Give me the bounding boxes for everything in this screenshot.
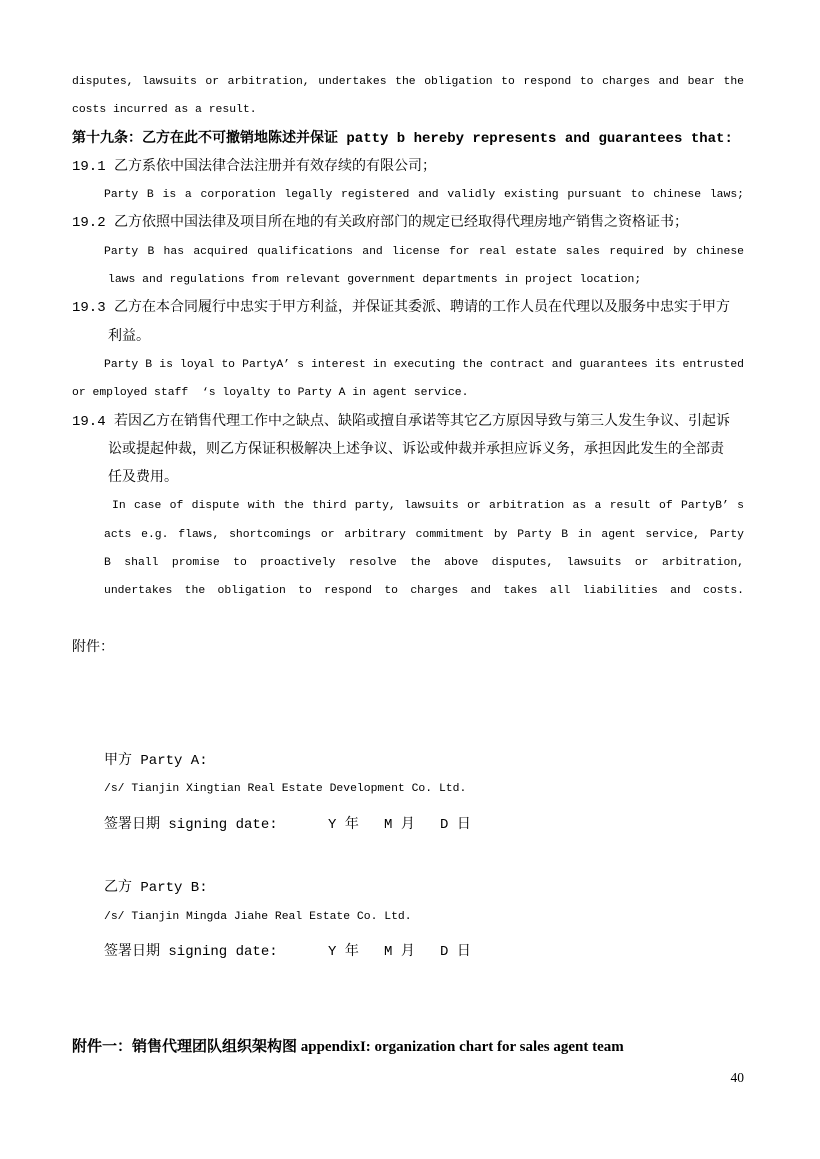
text-line <box>72 719 744 747</box>
text-line <box>72 691 744 719</box>
text-line: 19.3 乙方在本合同履行中忠实于甲方利益，并保证其委派、聘请的工作人员在代理以… <box>72 294 744 322</box>
text-line: 19.4 若因乙方在销售代理工作中之缺点、缺陷或擅自承诺等其它乙方原因导致与第三… <box>72 408 744 436</box>
text-line: costs incurred as a result. <box>72 96 744 124</box>
text-line: 甲方 Party A: <box>72 747 744 775</box>
text-line: 19.1 乙方系依中国法律合法注册并有效存续的有限公司； <box>72 153 744 181</box>
text-line: /s/ Tianjin Xingtian Real Estate Develop… <box>72 775 744 803</box>
text-line: 签署日期 signing date: Y 年 M 月 D 日 <box>72 938 744 966</box>
text-line: 附件： <box>72 634 744 662</box>
text-line: Party B has acquired qualifications and … <box>72 238 744 266</box>
text-line: disputes, lawsuits or arbitration, under… <box>72 68 744 96</box>
text-line: 第十九条：乙方在此不可撤销地陈述并保证 patty b hereby repre… <box>72 125 744 153</box>
text-line: laws and regulations from relevant gover… <box>72 266 744 294</box>
text-line: Party B is a corporation legally registe… <box>72 181 744 209</box>
text-line: 签署日期 signing date: Y 年 M 月 D 日 <box>72 811 744 839</box>
text-line <box>72 662 744 690</box>
text-line: 附件一：销售代理团队组织架构图 appendixI: organization … <box>72 1033 744 1061</box>
page-number: 40 <box>731 1068 745 1088</box>
text-line: acts e.g. flaws, shortcomings or arbitra… <box>72 521 744 549</box>
document-body: disputes, lawsuits or arbitration, under… <box>72 68 744 1061</box>
text-line: 讼或提起仲裁，则乙方保证积极解决上述争议、诉讼或仲裁并承担应诉义务，承担因此发生… <box>72 436 744 464</box>
text-line <box>72 839 744 867</box>
text-line <box>72 995 744 1023</box>
text-line: 任及费用。 <box>72 464 744 492</box>
text-line: 乙方 Party B: <box>72 874 744 902</box>
text-line: or employed staff ‘s loyalty to Party A … <box>72 379 744 407</box>
text-line: 利益。 <box>72 323 744 351</box>
text-line <box>72 606 744 634</box>
text-line: In case of dispute with the third party,… <box>72 492 744 520</box>
text-line: /s/ Tianjin Mingda Jiahe Real Estate Co.… <box>72 903 744 931</box>
text-line: 19.2 乙方依照中国法律及项目所在地的有关政府部门的规定已经取得代理房地产销售… <box>72 209 744 237</box>
text-line <box>72 966 744 994</box>
text-line: B shall promise to proactively resolve t… <box>72 549 744 577</box>
text-line: undertakes the obligation to respond to … <box>72 577 744 605</box>
text-line: Party B is loyal to PartyA’ s interest i… <box>72 351 744 379</box>
contract-page: disputes, lawsuits or arbitration, under… <box>0 0 820 1159</box>
